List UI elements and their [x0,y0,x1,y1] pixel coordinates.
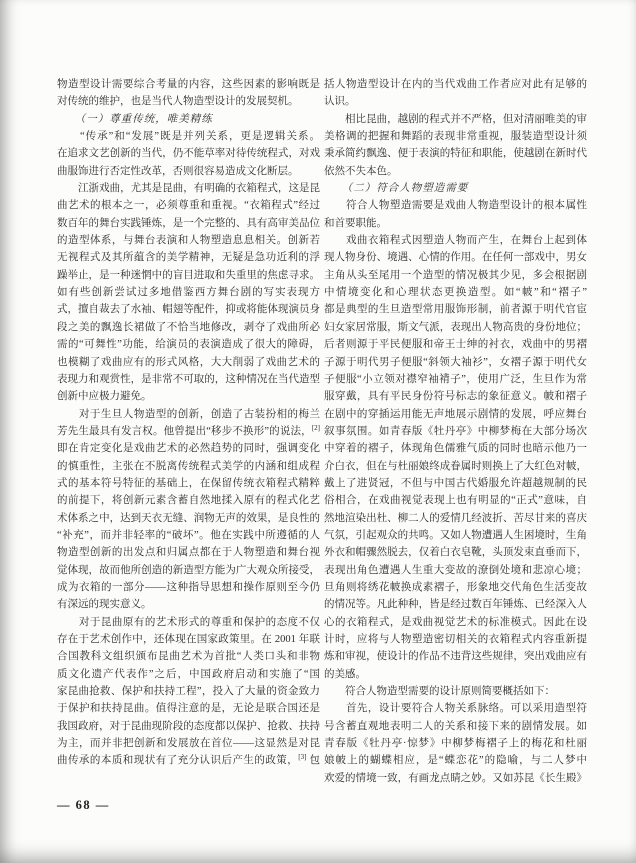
text-line: “补充”，而并非轻率的“破坏”。他在实践中所遵循的人 [57,527,320,544]
text-line: 式的基本符号特征的基础上，在保留传统衣箱程式精粹 [57,475,320,492]
text-line: 括人物造型设计在内的当代戏曲工作者应对此有足够的 [324,76,587,93]
text-line: 欢爱的情境一致，有画龙点睛之妙。又如苏昆《长生殿》 [324,770,587,787]
text-line: 躁举止，是一种迷惘中的盲目进取和失重里的焦虑寻求。 [57,267,320,284]
text-line: 戏曲衣箱程式因塑造人物而产生，在舞台上起到体 [324,232,587,249]
text-column-left: 物造型设计需要综合考量的内容，这些因素的影响既是对传统的维护，也是当代人物造型设… [57,76,320,770]
text-line: 即在肯定变化是戏曲艺术的必然趋势的同时，强调变化 [57,440,320,457]
text-line: 觉体现，故而他所创造的新造型方能为广大观众所接受， [57,562,320,579]
text-line: 戴上了进贤冠，不但与中国古代婚服允许超越规制的民 [324,475,587,492]
text-line: 旦角则将绣花帔换成素褶子，形象地交代角色生活变故 [324,579,587,596]
text-line: 于保护和扶持昆曲。值得注意的是，无论是联合国还是 [57,700,320,717]
text-line: 心的衣箱程式，是戏曲视觉艺术的标准模式。因此在设 [324,614,587,631]
footnote-ref: [2] [312,424,320,432]
text-line: 认识。 [324,93,587,110]
text-line: 都是典型的生旦造型常用服饰形制，前者源于明代官宦 [324,301,587,318]
section-heading: （二）符合人物塑造需要 [324,180,587,197]
text-line: 青春版《牡丹亭·惊梦》中柳梦梅褶子上的梅花和杜丽 [324,735,587,752]
text-line: 中情境变化和心理状态更换造型。如“帔”和“褶子” [324,284,587,301]
text-line: “传承”和“发展”既是并列关系，更是逻辑关系。 [57,128,320,145]
text-line: 然地渲染出杜、柳二人的爱情几经波折、苦尽甘来的喜庆 [324,510,587,527]
text-line: 曲艺术的根本之一，必须尊重和重视。“衣箱程式”经过 [57,197,320,214]
text-line: 江浙戏曲，尤其是昆曲，有明确的衣箱程式，这是昆 [57,180,320,197]
text-line: 符合人物造型需要的设计原则简要概括如下： [324,683,587,700]
text-line: 表现出角色遭遇人生重大变故的潦倒处境和悲凉心境； [324,562,587,579]
text-line: 存在于艺术创作中，还体现在国家政策里。在 2001 年联 [57,631,320,648]
text-line: 术体系之中，达到天衣无缝、润物无声的效果，是良性的 [57,510,320,527]
text-line: 依然不失本色。 [324,163,587,180]
text-line: 相比昆曲，越剧的程式并不严格，但对清丽唯美的审 [324,111,587,128]
footnote-ref: [3] [298,753,306,761]
text-line: 式，擅自裁去了水袖、帽翅等配件，抑或将能体现演员身 [57,301,320,318]
text-line: 我国政府，对于昆曲现阶段的态度都以保护、抢救、扶持 [57,718,320,735]
page-number: — 68 — [57,798,110,813]
text-line: 曲传承的本质和现状有了充分认识后产生的政策，[3] 包 [57,752,320,769]
text-line: 子便服“小立领对襟窄袖褙子”，使用广泛，生旦作为常 [324,371,587,388]
text-line: 也模糊了戏曲应有的形式风格，大大削弱了戏曲艺术的 [57,354,320,371]
text-line: 妇女家居常服，斯文气派，表现出人物高贵的身份地位； [324,319,587,336]
text-line: 芳先生最具有发言权。他曾提出“移步不换形”的说法，[2] [57,423,320,440]
text-line: 有深远的现实意义。 [57,596,320,613]
text-line: 的造型体系，与舞台表演和人物塑造息息相关。创新若 [57,232,320,249]
text-line: 在剧中的穿插运用能无声地展示剧情的发展，呼应舞台 [324,406,587,423]
text-line: 和首要职能。 [324,215,587,232]
text-line: 为主，而并非把创新和发展放在首位——这显然是对昆 [57,735,320,752]
text-line: 对传统的维护，也是当代人物造型设计的发展契机。 [57,93,320,110]
text-line: 的美感。 [324,666,587,683]
document-page: 物造型设计需要综合考量的内容，这些因素的影响既是对传统的维护，也是当代人物造型设… [0,0,636,863]
text-line: 创新中应极力避免。 [57,388,320,405]
text-line: 后者则源于平民便服和帝王士绅的衬衣，戏曲中的男褶 [324,336,587,353]
text-line: 质文化遗产代表作”之后，中国政府启动和实施了“国 [57,666,320,683]
text-line: 气氛，引起观众的共鸣。又如人物遭遇人生困境时，生角 [324,527,587,544]
text-line: 物造型创新的出发点和归属点都在于人物塑造和舞台视 [57,544,320,561]
text-line: 现人物身份、境遇、心情的作用。在任何一部戏中，男女 [324,249,587,266]
text-line: 主角从头至尾用一个造型的情况极其少见，多会根据剧 [324,267,587,284]
text-line: 俗相合，在戏曲视觉表现上也有明显的“正式”意味，自 [324,492,587,509]
text-line: 的情况等。凡此种种，皆是经过数百年锤炼、已经深入人 [324,596,587,613]
text-line: 炼和审视，使设计的作品不违背这些规律，突出戏曲应有 [324,648,587,665]
text-line: 外衣和帽骤然脱去，仅着白衣皂靴，头顶发束直垂而下， [324,544,587,561]
text-line: 在追求文艺创新的当代，仍不能草率对待传统程式，对戏 [57,145,320,162]
text-line: 的慎重性，主张在不脱离传统程式美学的内涵和组成程 [57,458,320,475]
section-heading: （一）尊重传统，唯美精练 [57,111,320,128]
text-line: 美格调的把握和舞蹈的表现非常重视，服装造型设计须 [324,128,587,145]
text-line: 计时，应将与人物塑造密切相关的衣箱程式内容重新提 [324,631,587,648]
text-line: 的前提下，将创新元素含蓄自然地揉入原有的程式化艺 [57,492,320,509]
text-line: 家昆曲抢救、保护和扶持工程”，投入了大量的资金致力 [57,683,320,700]
text-line: 数百年的舞台实践锤炼，是一个完整的、具有高审美品位 [57,215,320,232]
text-line: 曲服饰进行否定性改革，否则很容易造成文化断层。 [57,163,320,180]
text-line: 服穿戴，具有平民身份符号标志的象征意义。帔和褶子 [324,388,587,405]
text-line: 如有些创新尝试过多地借鉴西方舞台剧的写实表现方 [57,284,320,301]
text-line: 合国教科文组织颁布昆曲艺术为首批“人类口头和非物 [57,648,320,665]
text-line: 子源于明代男子便服“斜领大袖衫”，女褶子源于明代女 [324,354,587,371]
text-line: 叙事氛围。如青春版《牡丹亭》中柳梦梅在大部分场次 [324,423,587,440]
text-column-right: 括人物造型设计在内的当代戏曲工作者应对此有足够的认识。 相比昆曲，越剧的程式并不… [324,76,587,787]
text-line: 对于昆曲原有的艺术形式的尊重和保护的态度不仅 [57,614,320,631]
text-line: 号含蓄直观地表明二人的关系和接下来的剧情发展。如 [324,718,587,735]
text-line: 需的“可舞性”功能，给演员的表演造成了很大的障碍， [57,336,320,353]
text-line: 段之美的飘逸长裙做了不恰当地修改，剥夺了戏曲所必 [57,319,320,336]
text-line: 表现力和观赏性，是非常不可取的，这种情况在当代造型 [57,371,320,388]
text-line: 介白衣，但在与杜丽娘终成眷属时则换上了大红色对帔， [324,458,587,475]
text-line: 秉承简约飘逸、便于表演的特征和职能，使越剧在新时代 [324,145,587,162]
text-line: 首先，设计要符合人物关系脉络。可以采用造型符 [324,700,587,717]
text-line: 中穿着的褶子，体现角色儒雅气质的同时也暗示他乃一 [324,440,587,457]
text-line: 物造型设计需要综合考量的内容，这些因素的影响既是 [57,76,320,93]
text-line: 成为衣箱的一部分——这种指导思想和操作原则至今仍 [57,579,320,596]
text-line: 娘帔上的蝴蝶相应，是“蝶恋花”的隐喻，与二人梦中 [324,752,587,769]
text-line: 符合人物塑造需要是戏曲人物造型设计的根本属性 [324,197,587,214]
text-line: 无视程式及其所蕴含的美学精神，无疑是急功近利的浮 [57,249,320,266]
text-line: 对于生旦人物造型的创新，创造了古装扮相的梅兰 [57,406,320,423]
